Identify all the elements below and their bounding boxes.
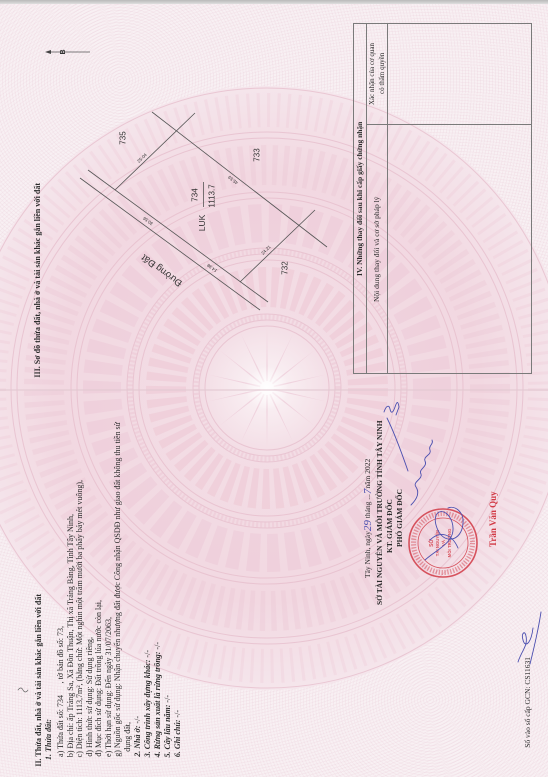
registry-value: CS11631 — [523, 657, 532, 687]
stamp-line: SỞ — [428, 538, 435, 546]
signature-scribble — [18, 403, 541, 693]
stamp-line: VÀ — [441, 540, 446, 546]
registry-label: Số vào sổ cấp GCN: — [523, 687, 532, 748]
stamp-line: TÀI NGUYÊN — [435, 530, 440, 557]
stamp-line: MÔI TRƯỜNG — [447, 528, 452, 557]
stamp-and-signatures: SỞ TÀI NGUYÊN VÀ MÔI TRƯỜNG — [0, 0, 548, 777]
signer-name: Trần Văn Quy — [487, 399, 499, 639]
official-stamp: SỞ TÀI NGUYÊN VÀ MÔI TRƯỜNG — [409, 509, 477, 577]
registry-number: Số vào sổ cấp GCN: CS11631 — [523, 657, 533, 748]
certificate-page: B 735 733 732 LUK 734 1113.7 Đường Đất 2… — [0, 0, 548, 777]
pen-mark — [18, 688, 28, 692]
